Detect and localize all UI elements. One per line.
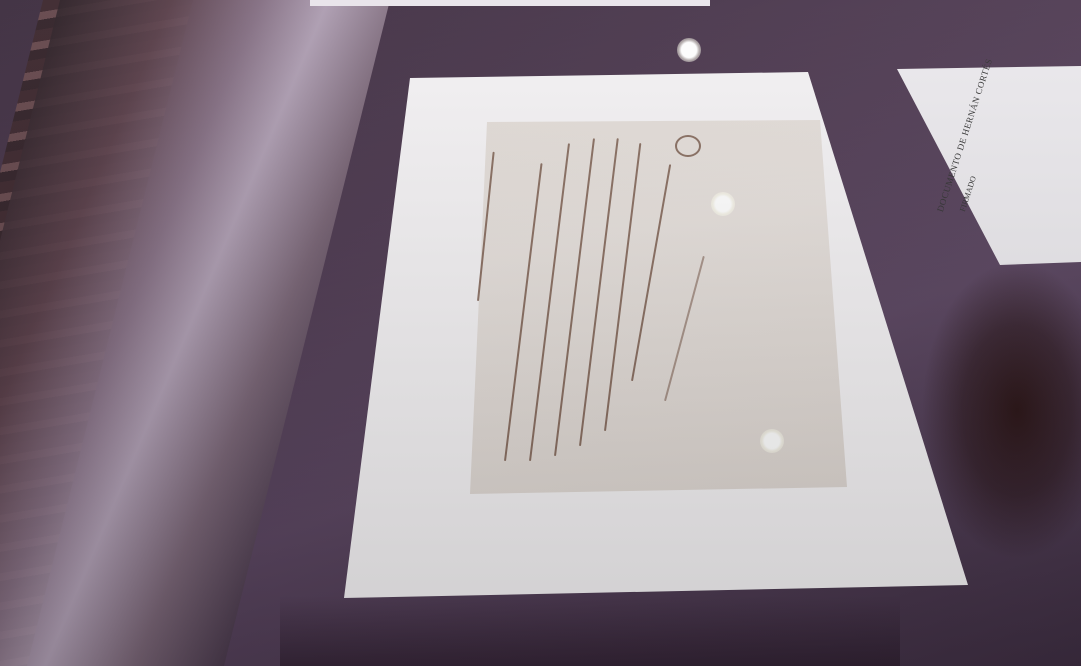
glass-overlay — [0, 0, 1081, 666]
